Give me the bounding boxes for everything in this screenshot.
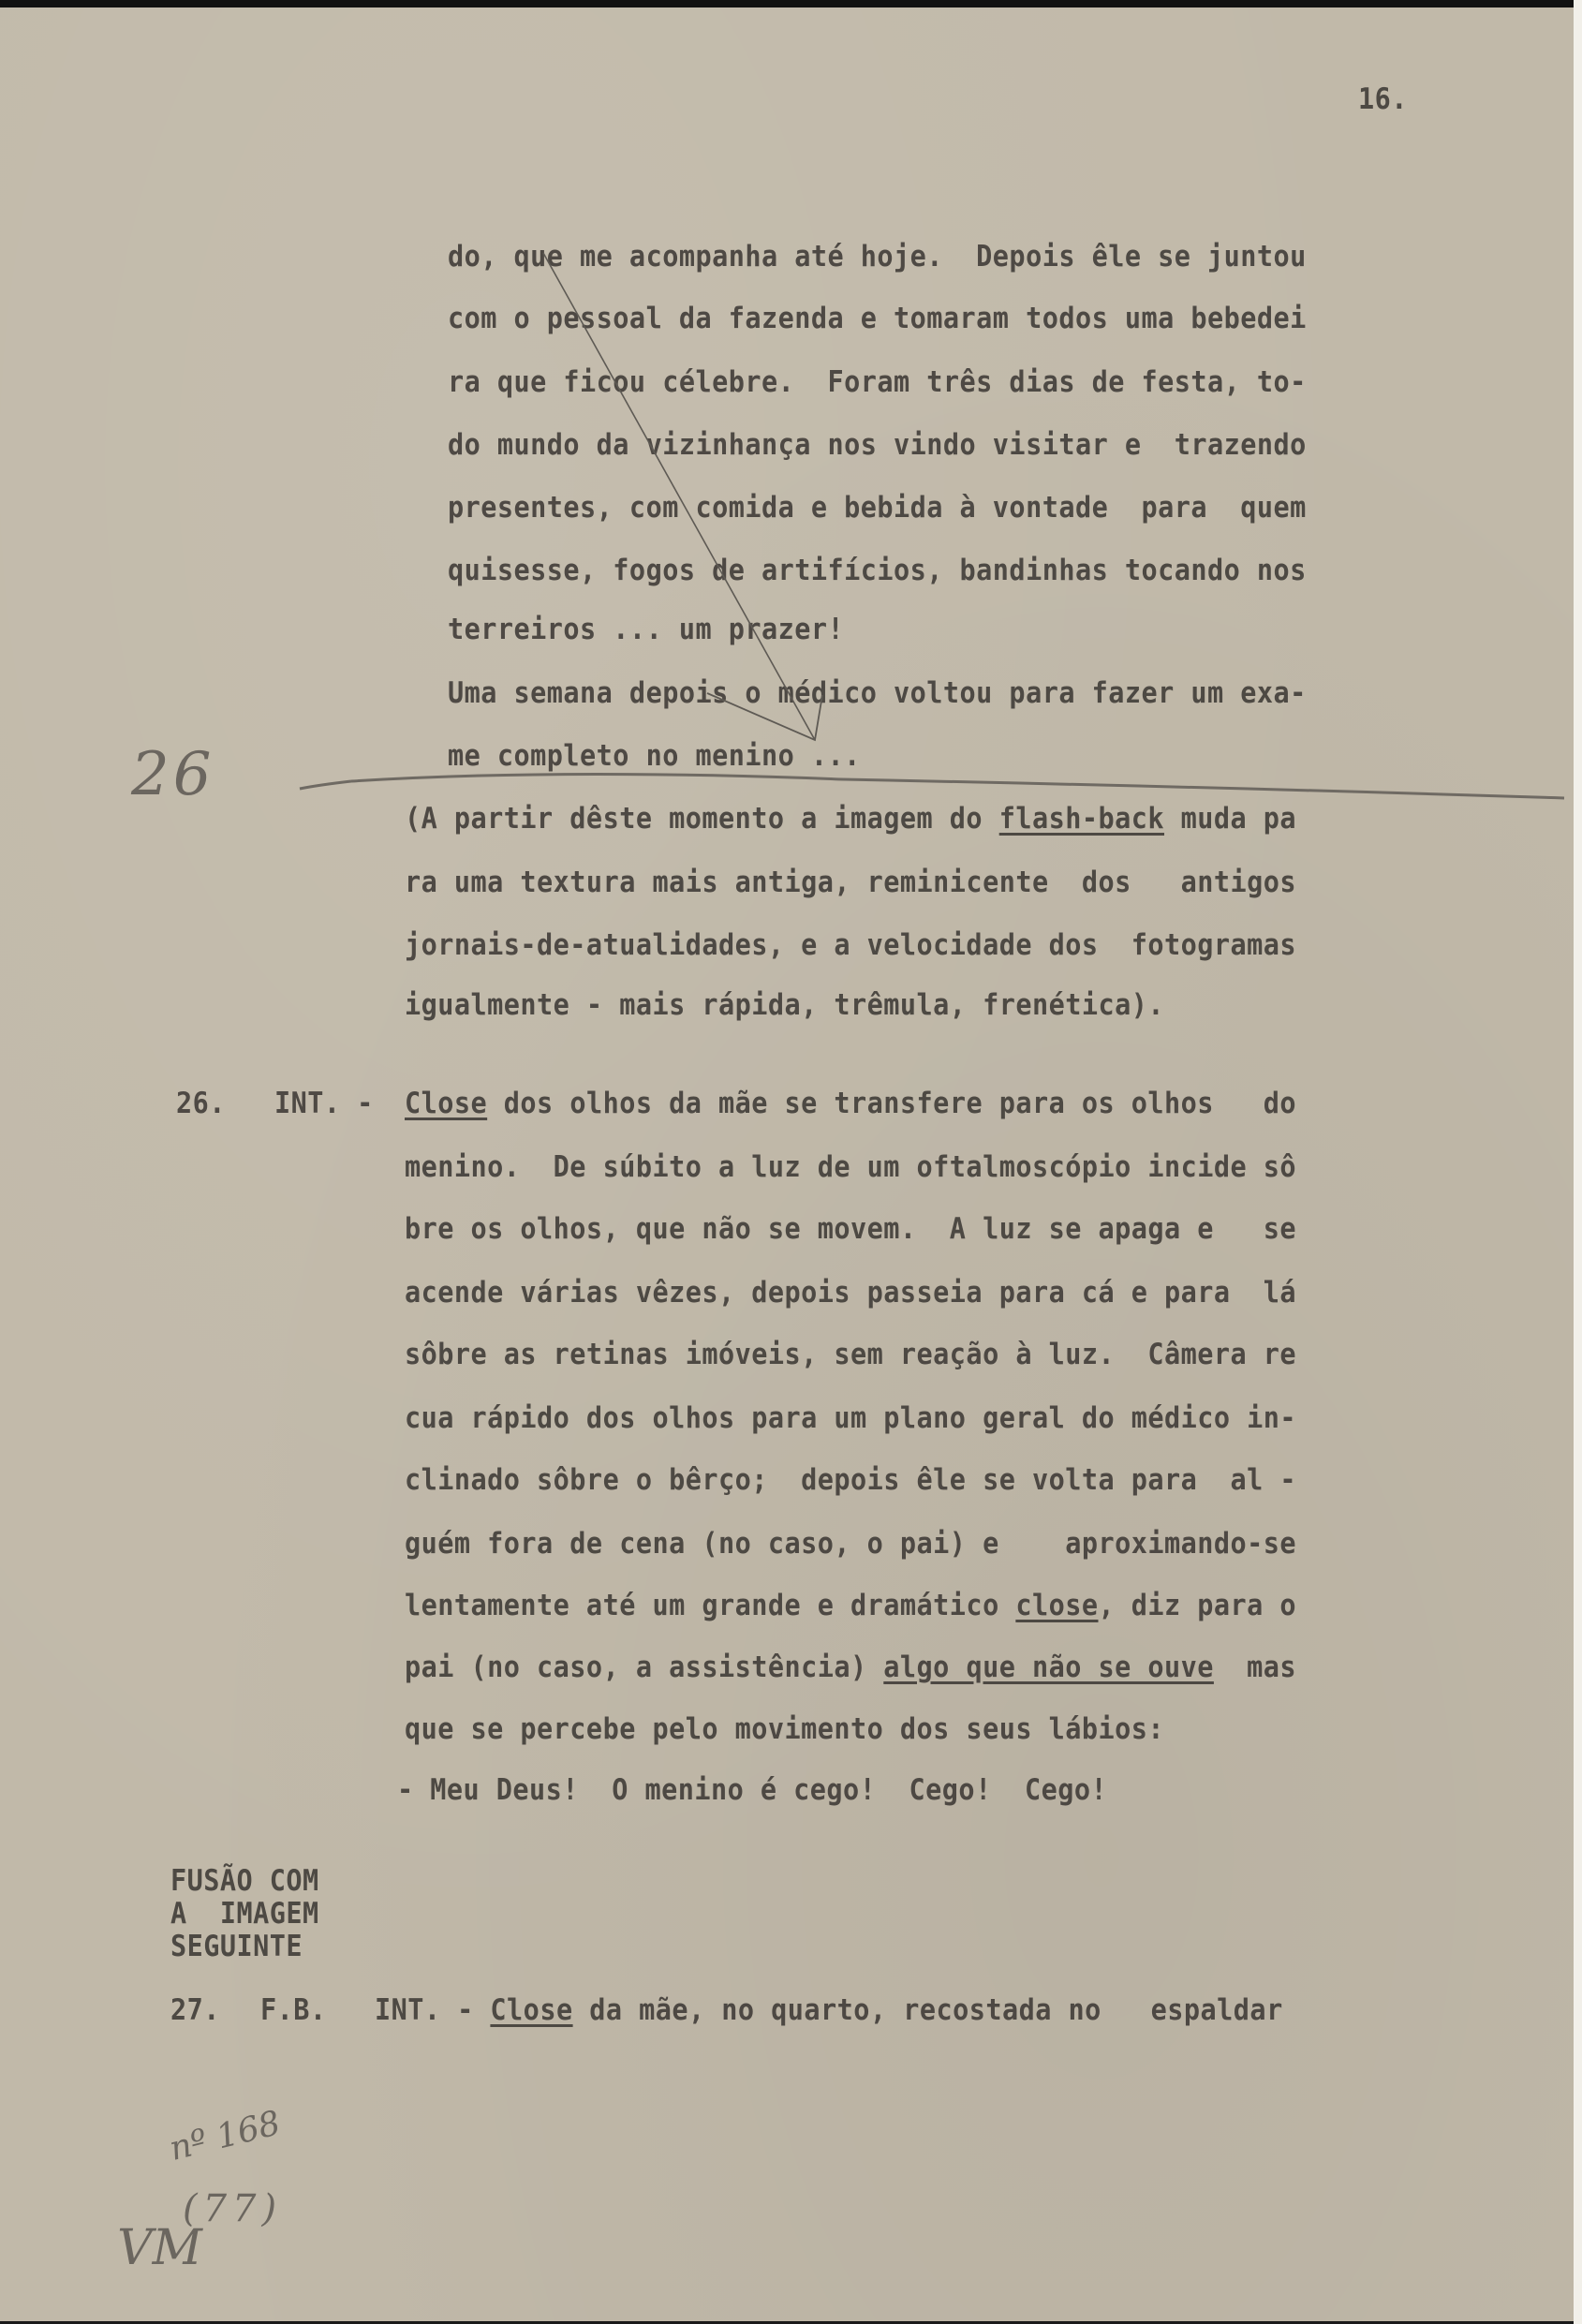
text-segment: (A partir dêste momento a imagem do — [405, 802, 999, 836]
text-line: lentamente até um grande e dramático clo… — [405, 1589, 1296, 1622]
scene-heading: INT. - — [274, 1087, 374, 1120]
text-segment: mas — [1214, 1650, 1296, 1684]
text-line: ra uma textura mais antiga, reminicente … — [405, 866, 1296, 899]
archive-note-sub: (77) — [183, 2187, 282, 2230]
text-line: cua rápido dos olhos para um plano geral… — [405, 1401, 1296, 1435]
text-line: igualmente - mais rápida, trêmula, frené… — [405, 988, 1164, 1022]
text-line: (A partir dêste momento a imagem do flas… — [405, 802, 1296, 836]
text-segment: dos olhos da mãe se transfere para os ol… — [487, 1087, 1296, 1120]
text-segment: muda pa — [1164, 802, 1296, 836]
transition-line: A IMAGEM — [170, 1897, 319, 1931]
text-line: pai (no caso, a assistência) algo que nã… — [405, 1650, 1296, 1684]
text-line: menino. De súbito a luz de um oftalmoscó… — [405, 1150, 1296, 1184]
scene-number: 27. — [170, 1993, 220, 2027]
text-segment: pai (no caso, a assistência) — [405, 1650, 883, 1684]
underlined-term: close — [1015, 1589, 1098, 1622]
transition-line: SEGUINTE — [170, 1930, 303, 1963]
text-line: bre os olhos, que não se movem. A luz se… — [405, 1212, 1296, 1246]
text-segment: , diz para o — [1098, 1589, 1296, 1622]
text-line: acende várias vêzes, depois passeia para… — [405, 1276, 1296, 1310]
text-line: que se percebe pelo movimento dos seus l… — [405, 1712, 1164, 1746]
text-line: guém fora de cena (no caso, o pai) e apr… — [405, 1527, 1296, 1561]
text-line: Close dos olhos da mãe se transfere para… — [405, 1087, 1296, 1120]
text-line: jornais-de-atualidades, e a velocidade d… — [405, 928, 1296, 962]
dialogue-line: - Meu Deus! O menino é cego! Cego! Cego! — [397, 1773, 1107, 1807]
text-segment: da mãe, no quarto, recostada no espaldar — [573, 1993, 1283, 2027]
scene-heading: INT. - Close da mãe, no quarto, recostad… — [375, 1993, 1283, 2027]
underlined-term: Close — [405, 1087, 487, 1120]
text-segment: INT. - — [375, 1993, 474, 2027]
scene-flag: F.B. — [260, 1993, 327, 2027]
text-line: clinado sôbre o bêrço; depois êle se vol… — [405, 1463, 1296, 1497]
underlined-term: flash-back — [999, 802, 1164, 836]
text-line: sôbre as retinas imóveis, sem reação à l… — [405, 1338, 1296, 1371]
transition-line: FUSÃO COM — [170, 1864, 319, 1898]
underlined-term: Close — [490, 1993, 572, 2027]
underlined-phrase: algo que não se ouve — [883, 1650, 1214, 1684]
text-segment: lentamente até um grande e dramático — [405, 1589, 1015, 1622]
scene-number: 26. — [176, 1087, 226, 1120]
